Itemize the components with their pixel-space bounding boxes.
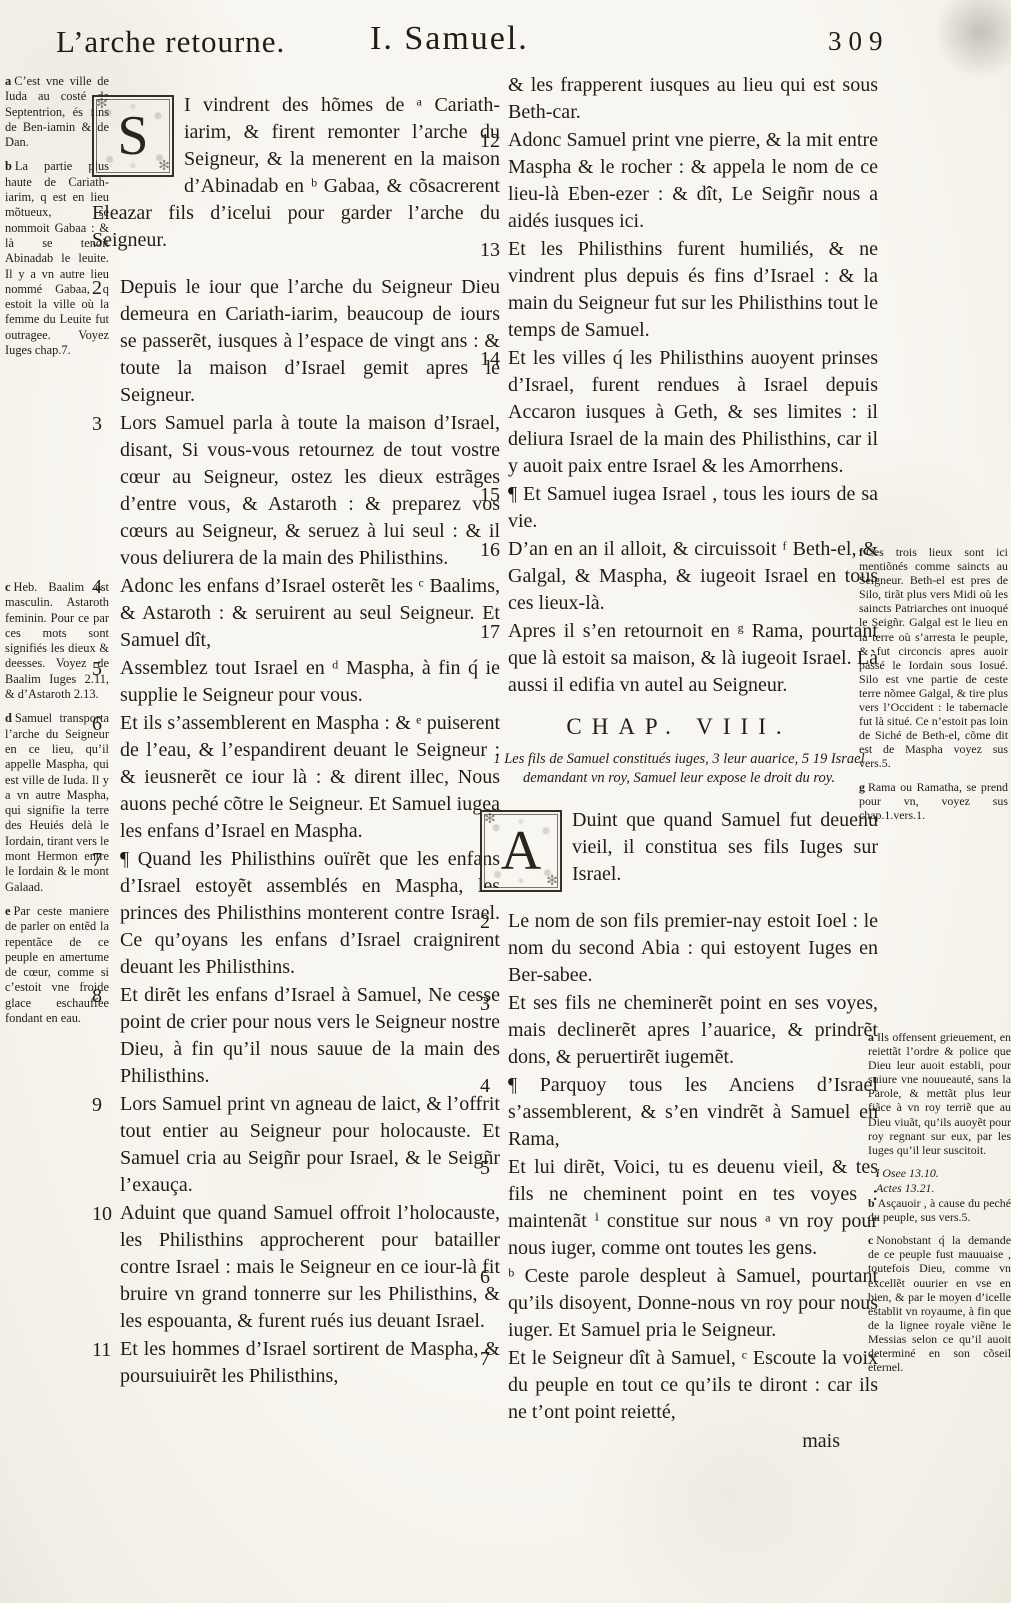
note-text: Nonobstant q́ la demande de ce peuple fu… — [868, 1233, 1011, 1374]
scripture-ref: iOsee 13.10. — [876, 1166, 1011, 1180]
margin-note-a2: aIls offensent grieuement, en reiettãt l… — [868, 1030, 1011, 1157]
verse: 3Et ses fils ne cheminerẽt point en ses … — [480, 990, 878, 1071]
catchword: mais — [480, 1428, 878, 1455]
verse-number — [480, 72, 508, 126]
verse: 15¶ Et Samuel iugea Israel , tous les io… — [480, 481, 878, 535]
ref-text: Actes 13.21. — [876, 1181, 934, 1195]
scanned-bible-page: L’arche retourne. I. Samuel. 309 aC’est … — [0, 0, 1011, 1603]
note-letter: c — [868, 1233, 873, 1247]
verse: 2Le nom de son fils premier-nay estoit I… — [480, 908, 878, 989]
note-letter: e — [5, 904, 11, 918]
ref-text: Osee 13.10. — [882, 1166, 938, 1180]
verse-text: Adonc les enfans d’Israel osterẽt les ᶜ … — [120, 573, 500, 654]
verse-number: 9 — [92, 1091, 120, 1199]
note-text: Rama ou Ramatha, se prend pour vn, voyez… — [859, 780, 1008, 822]
verse-text: Le nom de son fils premier-nay estoit Io… — [508, 908, 878, 989]
verse-continuation: & les frapperent iusques au lieu qui est… — [480, 72, 878, 126]
note-text: Ils offensent grieuement, en reiettãt l’… — [868, 1030, 1011, 1157]
verse-text: Lors Samuel print vn agneau de laict, & … — [120, 1091, 500, 1199]
verse-text: Et le Seigneur dît à Samuel, ᶜ Escoute l… — [508, 1345, 878, 1426]
verse-number: 15 — [480, 481, 508, 535]
verse: 5Et lui dirẽt, Voici, tu es deuenu vieil… — [480, 1154, 878, 1262]
verse: 11Et les hommes d’Israel sortirent de Ma… — [92, 1336, 500, 1390]
verse-text: Et dirẽt les enfans d’Israel à Samuel, N… — [120, 982, 500, 1090]
note-letter: a — [5, 74, 11, 88]
chapter-heading: CHAP. VIII. — [480, 713, 878, 740]
verse: 2Depuis le iour que l’arche du Seigneur … — [92, 274, 500, 409]
verse-text: ᵇ Ceste parole despleut à Samuel, pourta… — [508, 1263, 878, 1344]
verse: 7Et le Seigneur dît à Samuel, ᶜ Escoute … — [480, 1345, 878, 1426]
verse-text: Lors Samuel parla à toute la maison d’Is… — [120, 410, 500, 572]
verse: 10Aduint que quand Samuel offroit l’holo… — [92, 1200, 500, 1335]
verse-number: 6 — [92, 710, 120, 845]
verse-text: Et ses fils ne cheminerẽt point en ses v… — [508, 990, 878, 1071]
verse-number: 5 — [480, 1154, 508, 1262]
drop-cap-a: A — [480, 810, 562, 892]
verse-number: 7 — [92, 846, 120, 981]
verse-text: D’an en an il alloit, & circuissoit ᶠ Be… — [508, 536, 878, 617]
verse-number: 5 — [92, 655, 120, 709]
margin-note-c2: cNonobstant q́ la demande de ce peuple f… — [868, 1233, 1011, 1374]
page-number: 309 — [828, 26, 890, 57]
verse-text: Adonc Samuel print vne pierre, & la mit … — [508, 127, 878, 235]
verse: 13Et les Philisthins furent humiliés, & … — [480, 236, 878, 344]
verse-number: 11 — [92, 1336, 120, 1390]
verse: 5Assemblez tout Israel en ᵈ Maspha, à fi… — [92, 655, 500, 709]
left-text-column: SI vindrent des hõmes de ᵃ Cariath-iarim… — [92, 72, 500, 1391]
verse-number: 3 — [480, 990, 508, 1071]
verse-text: ¶ Quand les Philisthins ouïrẽt que les e… — [120, 846, 500, 981]
verse-number: 2 — [92, 274, 120, 409]
verse-text: Et ils s’assemblerent en Maspha : & ᵉ pu… — [120, 710, 500, 845]
verse: ADuint que quand Samuel fut deuenu vieil… — [480, 807, 878, 888]
verse-text: Aduint que quand Samuel offroit l’holoca… — [120, 1200, 500, 1335]
verse-text: Apres il s’en retournoit en ᵍ Rama, pour… — [508, 618, 878, 699]
verse-number: 6 — [480, 1263, 508, 1344]
running-title: L’arche retourne. — [56, 24, 285, 60]
note-text: Asçauoir , à cause du peché du peuple, s… — [868, 1196, 1011, 1224]
verse-text: Et les villes q́ les Philisthins auoyent… — [508, 345, 878, 480]
book-title: I. Samuel. — [370, 20, 529, 58]
margin-note-g: gRama ou Ramatha, se prend pour vn, voye… — [859, 780, 1008, 822]
verse-number: 14 — [480, 345, 508, 480]
verse: SI vindrent des hõmes de ᵃ Cariath-iarim… — [92, 92, 500, 254]
verse: 4¶ Parquoy tous les Anciens d’Israel s’a… — [480, 1072, 878, 1153]
verse-number: 7 — [480, 1345, 508, 1426]
verse: 12Adonc Samuel print vne pierre, & la mi… — [480, 127, 878, 235]
note-letter: d — [5, 711, 12, 725]
verse: 16D’an en an il alloit, & circuissoit ᶠ … — [480, 536, 878, 617]
verse-text: & les frapperent iusques au lieu qui est… — [508, 72, 878, 126]
note-letter: g — [859, 780, 865, 794]
verse: 8Et dirẽt les enfans d’Israel à Samuel, … — [92, 982, 500, 1090]
verse-number: 12 — [480, 127, 508, 235]
margin-note-b2: bAsçauoir , à cause du peché du peuple, … — [868, 1196, 1011, 1224]
verse-number: 4 — [480, 1072, 508, 1153]
verse: 14Et les villes q́ les Philisthins auoye… — [480, 345, 878, 480]
note-letter: a — [868, 1030, 874, 1044]
right-text-column: & les frapperent iusques au lieu qui est… — [480, 72, 878, 1455]
note-letter: i — [876, 1166, 879, 1180]
verse-text: Assemblez tout Israel en ᵈ Maspha, à fin… — [120, 655, 500, 709]
chapter-argument: 1 Les fils de Samuel constitués iuges, 3… — [492, 750, 866, 787]
verse-number: 17 — [480, 618, 508, 699]
verse-text: Depuis le iour que l’arche du Seigneur D… — [120, 274, 500, 409]
scripture-ref: Actes 13.21. — [876, 1181, 1011, 1195]
verse: 4Adonc les enfans d’Israel osterẽt les ᶜ… — [92, 573, 500, 654]
verse-text: ¶ Parquoy tous les Anciens d’Israel s’as… — [508, 1072, 878, 1153]
verse-number: 16 — [480, 536, 508, 617]
verse: 6Et ils s’assemblerent en Maspha : & ᵉ p… — [92, 710, 500, 845]
note-text: Ces trois lieux sont ici mentiõnés comme… — [859, 545, 1008, 770]
verse: 9Lors Samuel print vn agneau de laict, &… — [92, 1091, 500, 1199]
margin-note-f: fCes trois lieux sont ici mentiõnés comm… — [859, 545, 1008, 771]
verse-number: 4 — [92, 573, 120, 654]
verse-number: 13 — [480, 236, 508, 344]
verse-text: Duint que quand Samuel fut deuenu vieil,… — [572, 809, 878, 885]
note-letter: c — [5, 580, 11, 594]
note-letter: b — [5, 159, 12, 173]
right-margin-notes-bottom: aIls offensent grieuement, en reiettãt l… — [868, 1030, 1011, 1383]
note-letter: b — [868, 1196, 875, 1210]
drop-cap-s: S — [92, 95, 174, 177]
verse-number: 2 — [480, 908, 508, 989]
verse-text: Et lui dirẽt, Voici, tu es deuenu vieil,… — [508, 1154, 878, 1262]
verse-text: Et les Philisthins furent humiliés, & ne… — [508, 236, 878, 344]
verse-text: Et les hommes d’Israel sortirent de Masp… — [120, 1336, 500, 1390]
verse-number: 8 — [92, 982, 120, 1090]
verse: 6ᵇ Ceste parole despleut à Samuel, pourt… — [480, 1263, 878, 1344]
verse-text: ¶ Et Samuel iugea Israel , tous les iour… — [508, 481, 878, 535]
verse-number: 3 — [92, 410, 120, 572]
verse: 7¶ Quand les Philisthins ouïrẽt que les … — [92, 846, 500, 981]
note-letter: f — [859, 545, 863, 559]
right-margin-notes-top: fCes trois lieux sont ici mentiõnés comm… — [859, 545, 1008, 831]
verse: 17Apres il s’en retournoit en ᵍ Rama, po… — [480, 618, 878, 699]
verse-number: 10 — [92, 1200, 120, 1335]
verse: 3Lors Samuel parla à toute la maison d’I… — [92, 410, 500, 572]
